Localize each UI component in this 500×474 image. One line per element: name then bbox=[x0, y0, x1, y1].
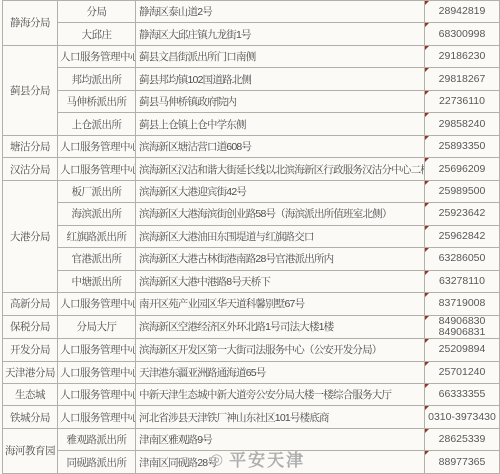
phone-number: 83719008 bbox=[439, 297, 486, 309]
table-row: 大邱庄 静海区大邱庄镇九龙街1号 68300998 bbox=[3, 23, 500, 45]
office-cell: 中塘派出所 bbox=[58, 270, 136, 292]
group-cell: 高新分局 bbox=[3, 293, 58, 315]
group-cell: 天津港分局 bbox=[3, 361, 58, 383]
address-cell: 蓟县文昌街派出所门口南侧 bbox=[136, 45, 425, 67]
table-row: 生态城 人口服务管理中心 中新天津生态城中新大道旁公安分局大楼一楼综合服务大厅 … bbox=[3, 383, 500, 405]
phone-cell: 84906830 84906831 bbox=[425, 315, 500, 338]
office-cell: 人口服务管理中心 bbox=[58, 406, 136, 428]
phone-number: 68300998 bbox=[439, 28, 486, 40]
table-row: 天津港分局 人口服务管理中心 天津港东疆亚洲路通海道65号 25701240 bbox=[3, 361, 500, 383]
office-cell: 分局 bbox=[58, 1, 136, 23]
comment-marker-icon bbox=[425, 113, 429, 117]
address-cell: 蓟县马伸桥镇政府院内 bbox=[136, 90, 425, 112]
group-cell: 生态城 bbox=[3, 383, 58, 405]
comment-marker-icon bbox=[425, 181, 429, 185]
office-cell: 板厂派出所 bbox=[58, 180, 136, 202]
phone-cell: 28942819 bbox=[425, 1, 500, 23]
comment-marker-icon bbox=[425, 248, 429, 252]
phone-number: 25989500 bbox=[439, 185, 486, 197]
phone-number: 63286050 bbox=[439, 252, 486, 264]
comment-marker-icon bbox=[425, 271, 429, 275]
group-cell: 塘沽分局 bbox=[3, 135, 58, 157]
group-cell: 保税分局 bbox=[3, 315, 58, 338]
address-cell: 南开区苑产业园区华天道科馨别墅67号 bbox=[136, 293, 425, 315]
office-cell: 人口服务管理中心 bbox=[58, 158, 136, 180]
office-cell: 马伸桥派出所 bbox=[58, 90, 136, 112]
office-cell: 分局大厅 bbox=[58, 315, 136, 338]
phone-cell: 63278110 bbox=[425, 270, 500, 292]
table-row: 高新分局 人口服务管理中心 南开区苑产业园区华天道科馨别墅67号 8371900… bbox=[3, 293, 500, 315]
address-cell: 滨海新区大港油田东围堤道与红旗路交口 bbox=[136, 225, 425, 247]
table-row: 马伸桥派出所 蓟县马伸桥镇政府院内 22736110 bbox=[3, 90, 500, 112]
address-cell: 滨海新区大港迎宾街42号 bbox=[136, 180, 425, 202]
office-cell: 雅观路派出所 bbox=[58, 428, 136, 450]
comment-marker-icon bbox=[425, 384, 429, 388]
address-cell: 蓟县邦均镇102国道路北侧 bbox=[136, 68, 425, 90]
phone-cell: 25701240 bbox=[425, 361, 500, 383]
police-station-table: 静海分局 分局 静海区泰山道2号 28942819 大邱庄 静海区大邱庄镇九龙街… bbox=[2, 0, 500, 474]
table-row: 中塘派出所 滨海新区大港中港路8号天桥下 63278110 bbox=[3, 270, 500, 292]
table-row: 红旗路派出所 滨海新区大港油田东围堤道与红旗路交口 25962842 bbox=[3, 225, 500, 247]
address-cell: 蓟县上仓镇上仓中学东侧 bbox=[136, 113, 425, 135]
comment-marker-icon bbox=[425, 91, 429, 95]
comment-marker-icon bbox=[425, 203, 429, 207]
address-cell: 静海区大邱庄镇九龙街1号 bbox=[136, 23, 425, 45]
table-row: 海滨派出所 滨海新区大港海滨街创业路58号（海滨派出所值班室北侧） 259236… bbox=[3, 203, 500, 225]
comment-marker-icon bbox=[425, 1, 429, 5]
address-cell: 津南区同砚路28号 bbox=[136, 451, 425, 474]
comment-marker-icon bbox=[425, 339, 429, 343]
phone-number: 29858240 bbox=[439, 118, 486, 130]
phone-number: 84906830 84906831 bbox=[439, 315, 486, 338]
phone-cell: 25209894 bbox=[425, 339, 500, 361]
comment-marker-icon bbox=[425, 293, 429, 297]
table-row: 海河教育园 雅观路派出所 津南区雅观路9号 28625339 bbox=[3, 428, 500, 450]
phone-cell: 29858240 bbox=[425, 113, 500, 135]
comment-marker-icon bbox=[425, 68, 429, 72]
group-cell: 大港分局 bbox=[3, 180, 58, 292]
phone-number: 25701240 bbox=[439, 366, 486, 378]
table-row: 保税分局 分局大厅 滨海新区空港经济区外环北路1号司法大楼1楼 84906830… bbox=[3, 315, 500, 338]
table-row: 同砚路派出所 津南区同砚路28号 88977365 bbox=[3, 451, 500, 474]
phone-number: 22736110 bbox=[439, 95, 485, 107]
office-cell: 人口服务管理中心 bbox=[58, 361, 136, 383]
address-cell: 滨海新区大港海滨街创业路58号（海滨派出所值班室北侧） bbox=[136, 203, 425, 225]
address-cell: 滨海新区汉沽和谐大街延长线以北滨海新区行政服务汉沽分中心二楼 bbox=[136, 158, 425, 180]
group-cell: 蓟县分局 bbox=[3, 45, 58, 135]
address-cell: 滨海新区塘沽营口道608号 bbox=[136, 135, 425, 157]
table-row: 塘沽分局 人口服务管理中心 滨海新区塘沽营口道608号 25893350 bbox=[3, 135, 500, 157]
phone-number: 25893350 bbox=[439, 140, 486, 152]
office-cell: 官港派出所 bbox=[58, 248, 136, 270]
phone-number: 28625339 bbox=[439, 433, 486, 445]
office-cell: 人口服务管理中心 bbox=[58, 383, 136, 405]
phone-number: 0310-3973430 bbox=[428, 411, 496, 423]
phone-number: 63278110 bbox=[439, 275, 485, 287]
office-cell: 人口服务管理中心 bbox=[58, 135, 136, 157]
comment-marker-icon bbox=[425, 406, 429, 410]
address-cell: 静海区泰山道2号 bbox=[136, 1, 425, 23]
comment-marker-icon bbox=[425, 46, 429, 50]
table-row: 邦均派出所 蓟县邦均镇102国道路北侧 29818267 bbox=[3, 68, 500, 90]
office-cell: 人口服务管理中心 bbox=[58, 293, 136, 315]
table-row: 官港派出所 滨海新区大港古林街港南路28号官港派出所内 63286050 bbox=[3, 248, 500, 270]
phone-cell: 25696209 bbox=[425, 158, 500, 180]
phone-number: 88977365 bbox=[439, 456, 486, 468]
phone-number: 66333355 bbox=[439, 388, 486, 400]
comment-marker-icon bbox=[425, 451, 429, 455]
phone-cell: 22736110 bbox=[425, 90, 500, 112]
address-cell: 中新天津生态城中新大道旁公安分局大楼一楼综合服务大厅 bbox=[136, 383, 425, 405]
comment-marker-icon bbox=[425, 136, 429, 140]
phone-cell: 25989500 bbox=[425, 180, 500, 202]
table-row: 蓟县分局 人口服务管理中心 蓟县文昌街派出所门口南侧 29186230 bbox=[3, 45, 500, 67]
address-cell: 天津港东疆亚洲路通海道65号 bbox=[136, 361, 425, 383]
office-cell: 海滨派出所 bbox=[58, 203, 136, 225]
group-cell: 静海分局 bbox=[3, 1, 58, 46]
group-cell: 开发分局 bbox=[3, 339, 58, 361]
phone-cell: 68300998 bbox=[425, 23, 500, 45]
phone-cell: 29186230 bbox=[425, 45, 500, 67]
address-cell: 滨海新区大港古林街港南路28号官港派出所内 bbox=[136, 248, 425, 270]
address-cell: 河北省涉县天津铁厂神山东社区101号楼底商 bbox=[136, 406, 425, 428]
table-row: 铁城分局 人口服务管理中心 河北省涉县天津铁厂神山东社区101号楼底商 0310… bbox=[3, 406, 500, 428]
comment-marker-icon bbox=[425, 226, 429, 230]
table-row: 大港分局 板厂派出所 滨海新区大港迎宾街42号 25989500 bbox=[3, 180, 500, 202]
phone-cell: 25923642 bbox=[425, 203, 500, 225]
phone-cell: 25893350 bbox=[425, 135, 500, 157]
comment-marker-icon bbox=[425, 158, 429, 162]
phone-number: 25209894 bbox=[439, 343, 486, 355]
address-cell: 滨海新区空港经济区外环北路1号司法大楼1楼 bbox=[136, 315, 425, 338]
phone-cell: 66333355 bbox=[425, 383, 500, 405]
office-cell: 上仓派出所 bbox=[58, 113, 136, 135]
phone-number: 25923642 bbox=[439, 207, 486, 219]
table-row: 静海分局 分局 静海区泰山道2号 28942819 bbox=[3, 1, 500, 23]
office-cell: 红旗路派出所 bbox=[58, 225, 136, 247]
phone-number: 25962842 bbox=[439, 230, 486, 242]
phone-cell: 0310-3973430 bbox=[425, 406, 500, 428]
table-row: 开发分局 人口服务管理中心 滨海新区开发区第一大街司法服务中心（公安开发分局） … bbox=[3, 339, 500, 361]
group-cell: 铁城分局 bbox=[3, 406, 58, 428]
comment-marker-icon bbox=[425, 23, 429, 27]
office-cell: 同砚路派出所 bbox=[58, 451, 136, 474]
phone-cell: 25962842 bbox=[425, 225, 500, 247]
phone-cell: 88977365 bbox=[425, 451, 500, 474]
office-cell: 邦均派出所 bbox=[58, 68, 136, 90]
table-row: 汉沽分局 人口服务管理中心 滨海新区汉沽和谐大街延长线以北滨海新区行政服务汉沽分… bbox=[3, 158, 500, 180]
table-row: 上仓派出所 蓟县上仓镇上仓中学东侧 29858240 bbox=[3, 113, 500, 135]
comment-marker-icon bbox=[425, 362, 429, 366]
phone-number: 25696209 bbox=[439, 163, 486, 175]
office-cell: 人口服务管理中心 bbox=[58, 339, 136, 361]
comment-marker-icon bbox=[425, 429, 429, 433]
phone-cell: 63286050 bbox=[425, 248, 500, 270]
address-cell: 滨海新区大港中港路8号天桥下 bbox=[136, 270, 425, 292]
office-cell: 大邱庄 bbox=[58, 23, 136, 45]
phone-cell: 83719008 bbox=[425, 293, 500, 315]
address-cell: 滨海新区开发区第一大街司法服务中心（公安开发分局） bbox=[136, 339, 425, 361]
phone-number: 29818267 bbox=[439, 73, 486, 85]
phone-number: 28942819 bbox=[439, 5, 486, 17]
office-cell: 人口服务管理中心 bbox=[58, 45, 136, 67]
address-cell: 津南区雅观路9号 bbox=[136, 428, 425, 450]
phone-cell: 28625339 bbox=[425, 428, 500, 450]
phone-number: 29186230 bbox=[439, 50, 486, 62]
group-cell: 海河教育园 bbox=[3, 428, 58, 473]
group-cell: 汉沽分局 bbox=[3, 158, 58, 180]
phone-cell: 29818267 bbox=[425, 68, 500, 90]
comment-marker-icon bbox=[425, 316, 429, 320]
